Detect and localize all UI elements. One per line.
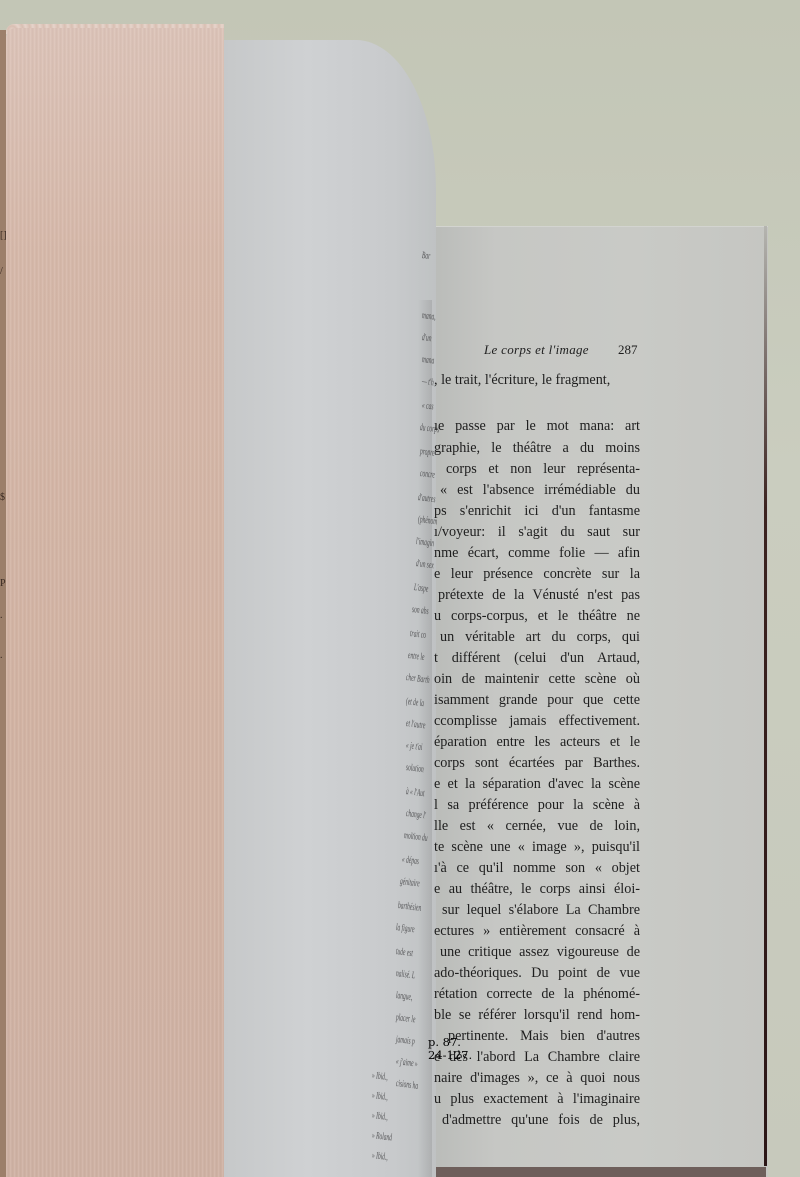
text-line: d'admettre qu'une fois de plus, — [442, 1110, 640, 1130]
curled-fragment: solution — [406, 762, 424, 775]
curled-fragment: Bar — [422, 250, 431, 262]
curled-fragment: barthésien — [398, 900, 422, 914]
text-line: corps et non leur représenta- — [446, 459, 640, 479]
text-line: e et la séparation d'avec la scène — [434, 774, 640, 794]
text-line: oin de maintenir cette scène où — [434, 669, 640, 689]
text-line: te scène une « image », puisqu'il — [434, 837, 640, 857]
curled-footnote: » Ibid., — [372, 1110, 388, 1123]
curled-fragment: à « l'Aut — [406, 786, 425, 799]
text-line: pertinente. Mais bien d'autres — [448, 1026, 640, 1046]
text-line: u corps-corpus, et le théâtre ne — [434, 606, 640, 626]
text-line: naire d'images », ce à quoi nous — [434, 1068, 640, 1088]
curled-fragment: son abs — [412, 604, 429, 617]
curled-fragment: d'autres — [418, 492, 436, 505]
curled-fragment: jamais p — [396, 1034, 415, 1047]
curled-fragment: nalisé. L — [396, 968, 415, 981]
text-line: prétexte de la Vénusté n'est pas — [438, 585, 640, 605]
footnote: 24-127. — [428, 1049, 472, 1062]
curled-fragment: change l' — [406, 808, 426, 822]
cover-mark: / — [0, 266, 3, 277]
text-line: t différent (celui d'un Artaud, — [434, 648, 640, 668]
curled-fragment: entre le — [408, 650, 425, 663]
curled-fragment: tude est — [396, 946, 413, 959]
text-line: un véritable art du corps, qui — [440, 627, 640, 647]
curled-fragment: mana — [422, 354, 435, 367]
curled-fragment: l'imagin — [416, 536, 434, 549]
cover-mark: $ — [0, 492, 5, 503]
page-number: 287 — [618, 342, 638, 358]
cover-mark: . — [0, 650, 3, 661]
text-line: e leur présence concrète sur la — [434, 564, 640, 584]
book-cover-edge — [764, 226, 767, 1166]
cover-mark: P — [0, 578, 6, 589]
curled-fragment: la figure — [396, 922, 415, 935]
curled-page-footnotes: » Ibid., » Ibid., » Ibid., » Roland » Ib… — [360, 1070, 440, 1170]
text-line: ccomplisse jamais effectivement. — [434, 711, 640, 731]
curled-fragment: d'un sex — [416, 558, 434, 571]
curled-fragment: (et de la — [406, 696, 424, 709]
curled-fragment: génitaire — [400, 876, 420, 889]
text-line: ı'à ce qu'il nomme son « objet — [434, 858, 640, 878]
curled-fragment: « dépas — [402, 854, 419, 867]
text-line: ble se référer lorsqu'il rend hom- — [434, 1005, 640, 1025]
curled-fragment: d'un — [422, 332, 432, 344]
text-line: ps s'enrichit ici d'un fantasme — [434, 501, 640, 521]
text-line: u plus exactement à l'imaginaire — [434, 1089, 640, 1109]
curled-fragment: — t'h — [422, 376, 434, 388]
text-line: sur lequel s'élabore La Chambre — [442, 900, 640, 920]
curled-fragment: « je t'ai — [406, 740, 423, 753]
curled-fragment: mana, — [422, 310, 436, 323]
curled-fragment: L'aspe — [414, 582, 429, 595]
text-line: ectures » entièrement consacré à — [434, 921, 640, 941]
text-line: éparation entre les acteurs et le — [434, 732, 640, 752]
curled-fragment: cher Barth — [406, 672, 430, 686]
text-line: isamment grande pour que cette — [434, 690, 640, 710]
text-line: rétation correcte de la phénomé- — [434, 984, 640, 1004]
curled-fragment: propre — [420, 446, 435, 459]
curled-footnote: » Ibid., — [372, 1090, 388, 1103]
curled-fragment: concre — [420, 468, 435, 481]
curled-fragment: langue, — [396, 990, 413, 1003]
text-line: e au théâtre, le corps ainsi éloi- — [434, 879, 640, 899]
text-line: , le trait, l'écriture, le fragment, — [434, 370, 640, 390]
page-block-edges — [6, 28, 224, 1177]
text-line: nme écart, comme folie — afin — [434, 543, 640, 563]
text-line: corps sont écartées par Barthes. — [434, 753, 640, 773]
text-line: l sa préférence pour la scène à — [434, 795, 640, 815]
book-bottom-edge — [426, 1167, 766, 1177]
text-line: une critique assez vigoureuse de — [440, 942, 640, 962]
text-line: « est l'absence irrémédiable du — [440, 480, 640, 500]
text-line: ıe passe par le mot mana: art — [434, 416, 640, 436]
curled-fragment: moïtion du — [404, 830, 428, 844]
text-line: ado-théoriques. Du point de vue — [434, 963, 640, 983]
curled-fragment: trait co — [410, 628, 426, 641]
text-line: lle est « cernée, vue de loin, — [434, 816, 640, 836]
text-line: ı/voyeur: il s'agit du saut sur — [434, 522, 640, 542]
cover-mark: . — [0, 610, 3, 621]
curled-footnote: » Ibid., — [372, 1150, 388, 1163]
curled-fragment: et l'autre — [406, 718, 426, 731]
curled-fragment: placer le — [396, 1012, 416, 1025]
text-line: graphie, le théâtre a du moins — [434, 438, 640, 458]
curled-footnote: » Ibid., — [372, 1070, 388, 1083]
curled-page-text: Bar mana, d'un mana — t'h « cas du corps… — [360, 240, 440, 1140]
curled-fragment: « j'aime » — [396, 1056, 418, 1070]
curled-footnote: » Roland — [372, 1130, 392, 1144]
running-head: Le corps et l'image — [484, 342, 589, 358]
curled-fragment: « cas — [422, 400, 434, 412]
